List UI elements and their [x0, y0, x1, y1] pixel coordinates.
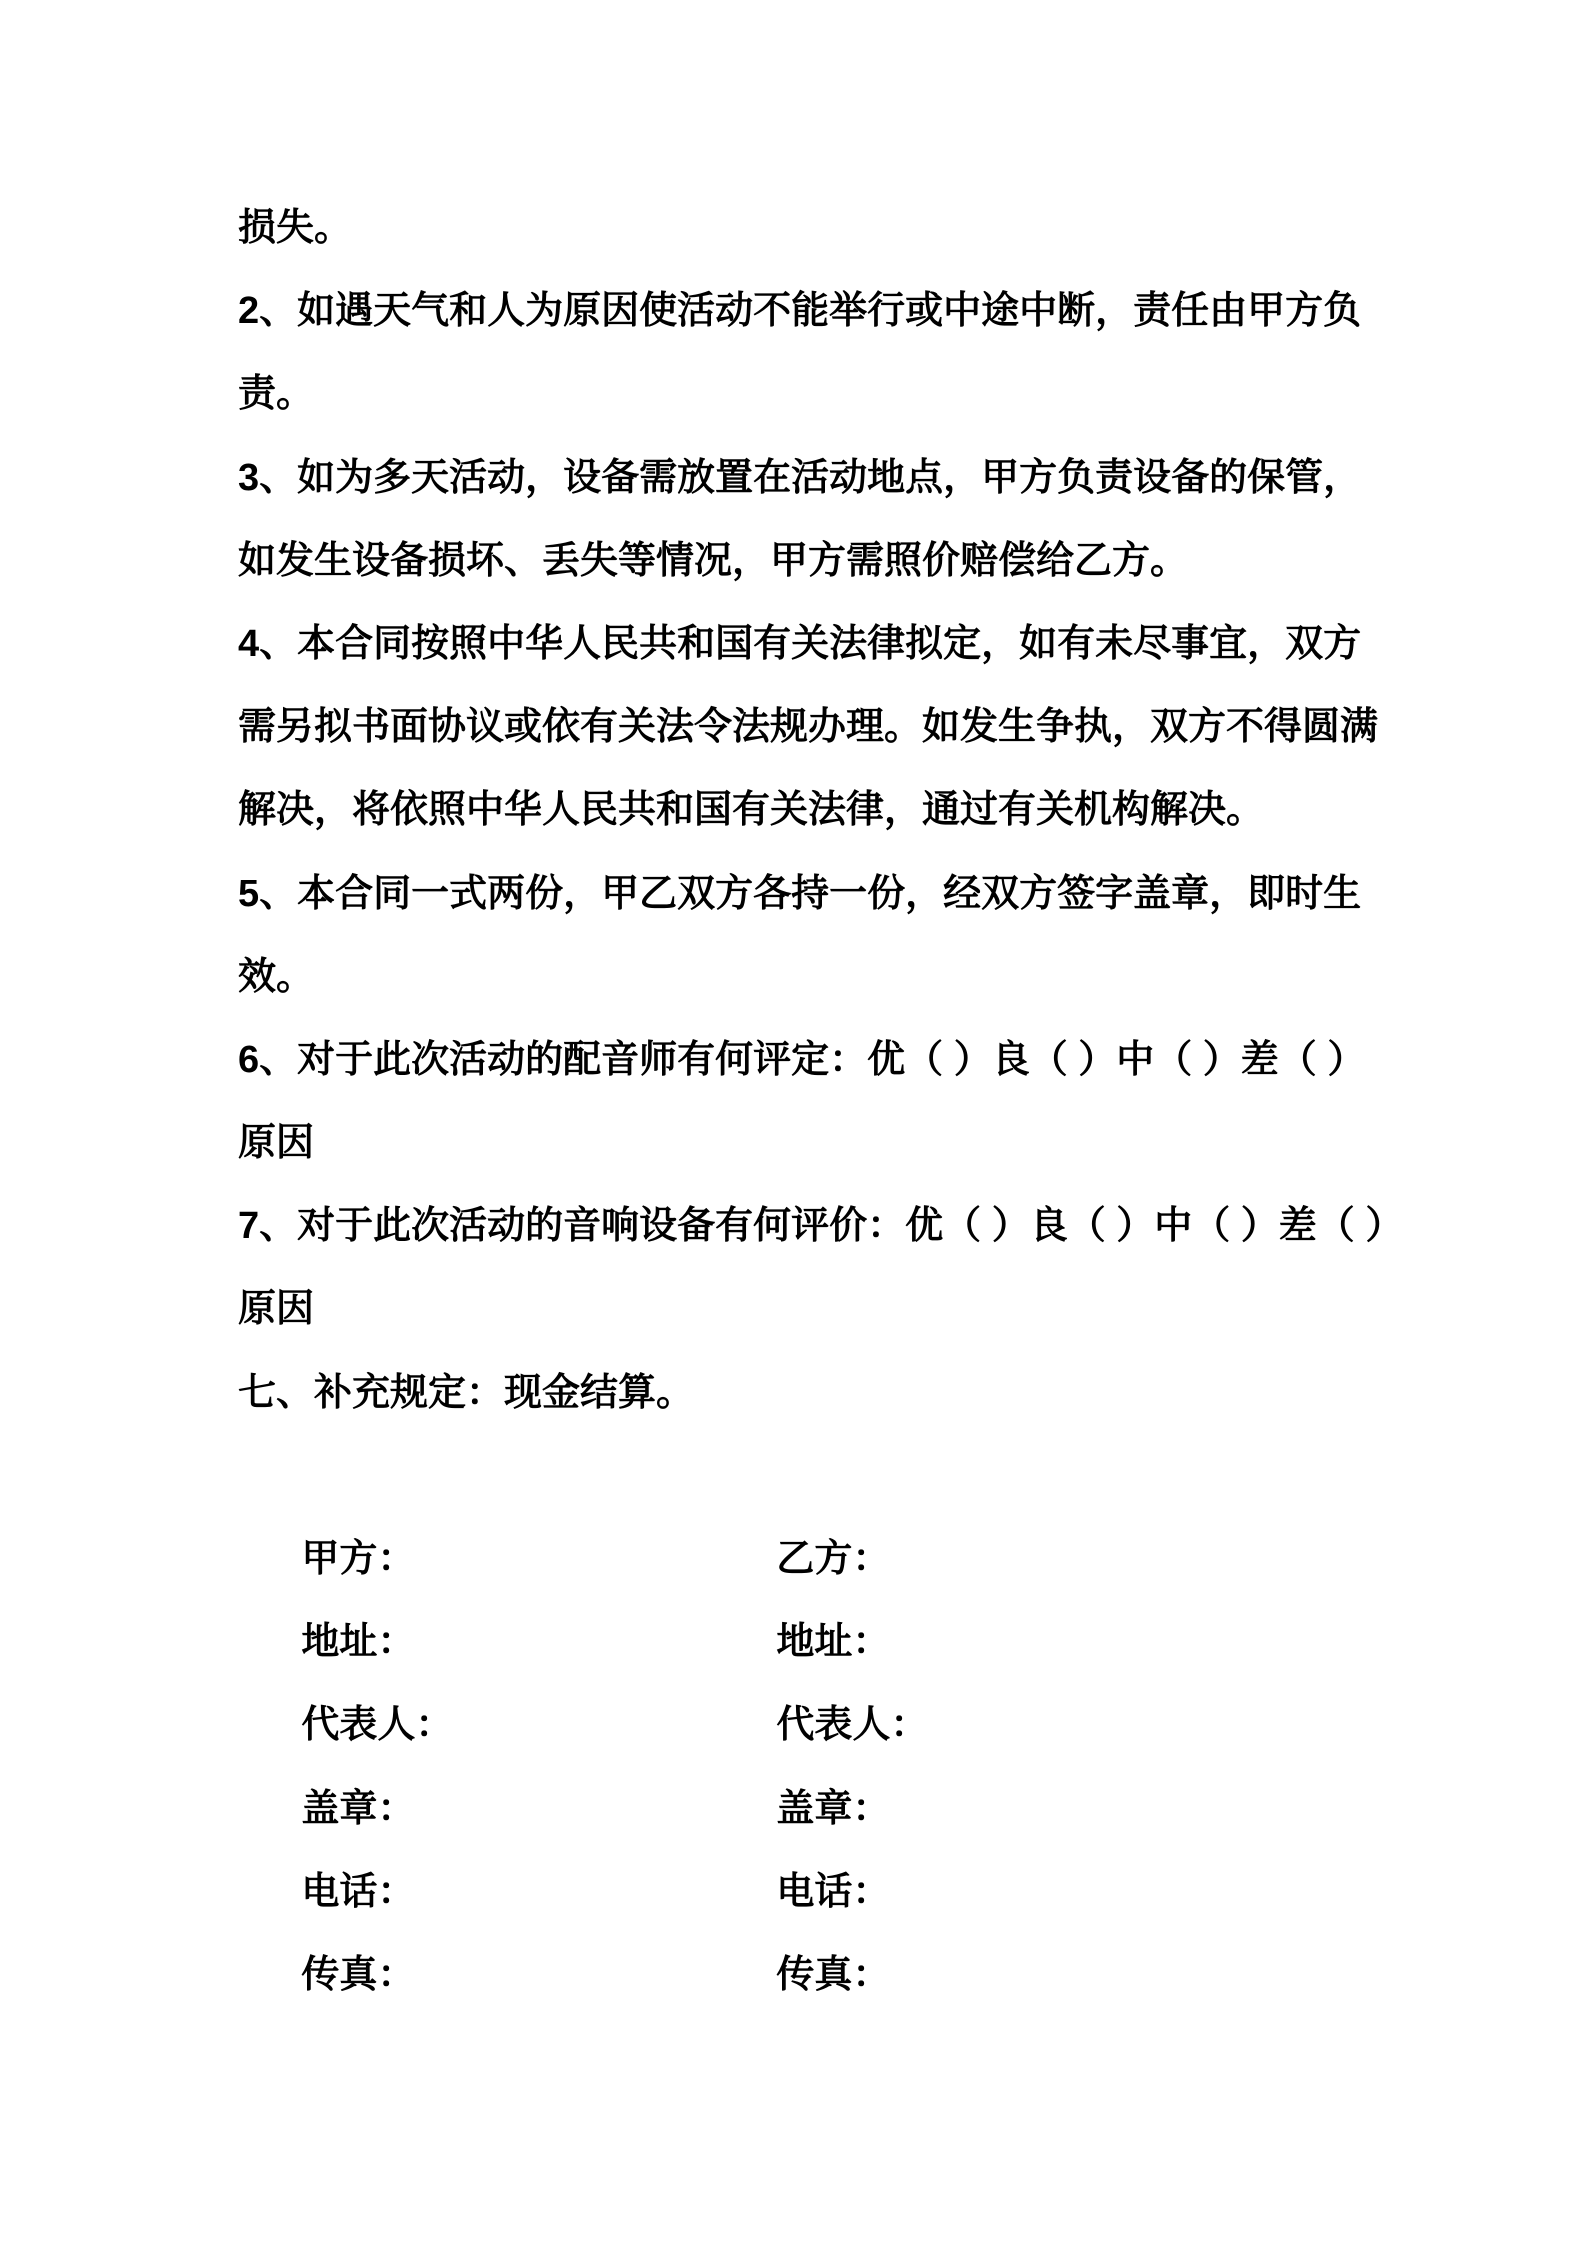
clause-rating-voiceover: 6、对于此次活动的配音师有何评定：优（ ）良（ ）中（ ）差（ ） [238, 1019, 1468, 1102]
party-b-fax-label: 传真： [776, 1934, 890, 2017]
clause-line: 解决，将依照中华人民共和国有关法律，通过有关机构解决。 [238, 769, 1468, 852]
clause-line: 如发生设备损坏、丢失等情况，甲方需照价赔偿给乙方。 [238, 520, 1468, 603]
party-b-address-label: 地址： [776, 1601, 890, 1684]
party-a-address-label: 地址： [301, 1601, 776, 1684]
clause-line: 损失。 [238, 187, 1468, 270]
clause-line: 2、如遇天气和人为原因使活动不能举行或中途中断，责任由甲方负 [238, 270, 1468, 353]
party-b-representative-label: 代表人： [776, 1684, 928, 1767]
party-b-name-label: 乙方： [776, 1518, 890, 1601]
clause-line: 5、本合同一式两份，甲乙双方各持一份，经双方签字盖章，即时生 [238, 853, 1468, 936]
contract-document-page: 损失。 2、如遇天气和人为原因使活动不能举行或中途中断，责任由甲方负 责。 3、… [0, 0, 1586, 2244]
signature-row-party: 甲方：乙方： [238, 1435, 1468, 1518]
contract-text-block: 损失。 2、如遇天气和人为原因使活动不能举行或中途中断，责任由甲方负 责。 3、… [238, 187, 1468, 1934]
party-b-seal-label: 盖章： [776, 1768, 890, 1851]
party-a-representative-label: 代表人： [301, 1684, 776, 1767]
clause-line: 3、如为多天活动，设备需放置在活动地点，甲方负责设备的保管， [238, 437, 1468, 520]
clause-line: 责。 [238, 353, 1468, 436]
clause-rating-audio-equipment: 7、对于此次活动的音响设备有何评价：优（ ）良（ ）中（ ）差（ ） [238, 1185, 1468, 1268]
party-a-phone-label: 电话： [301, 1851, 776, 1934]
clause-line: 效。 [238, 936, 1468, 1019]
party-b-phone-label: 电话： [776, 1851, 890, 1934]
clause-line: 4、本合同按照中华人民共和国有关法律拟定，如有未尽事宜，双方 [238, 603, 1468, 686]
party-a-name-label: 甲方： [301, 1518, 776, 1601]
clause-line: 需另拟书面协议或依有关法令法规办理。如发生争执，双方不得圆满 [238, 686, 1468, 769]
party-a-fax-label: 传真： [301, 1934, 776, 2017]
clause-reason-label: 原因 [238, 1268, 1468, 1351]
clause-supplementary-provision: 七、补充规定：现金结算。 [238, 1352, 1468, 1435]
clause-reason-label: 原因 [238, 1102, 1468, 1185]
party-a-seal-label: 盖章： [301, 1768, 776, 1851]
